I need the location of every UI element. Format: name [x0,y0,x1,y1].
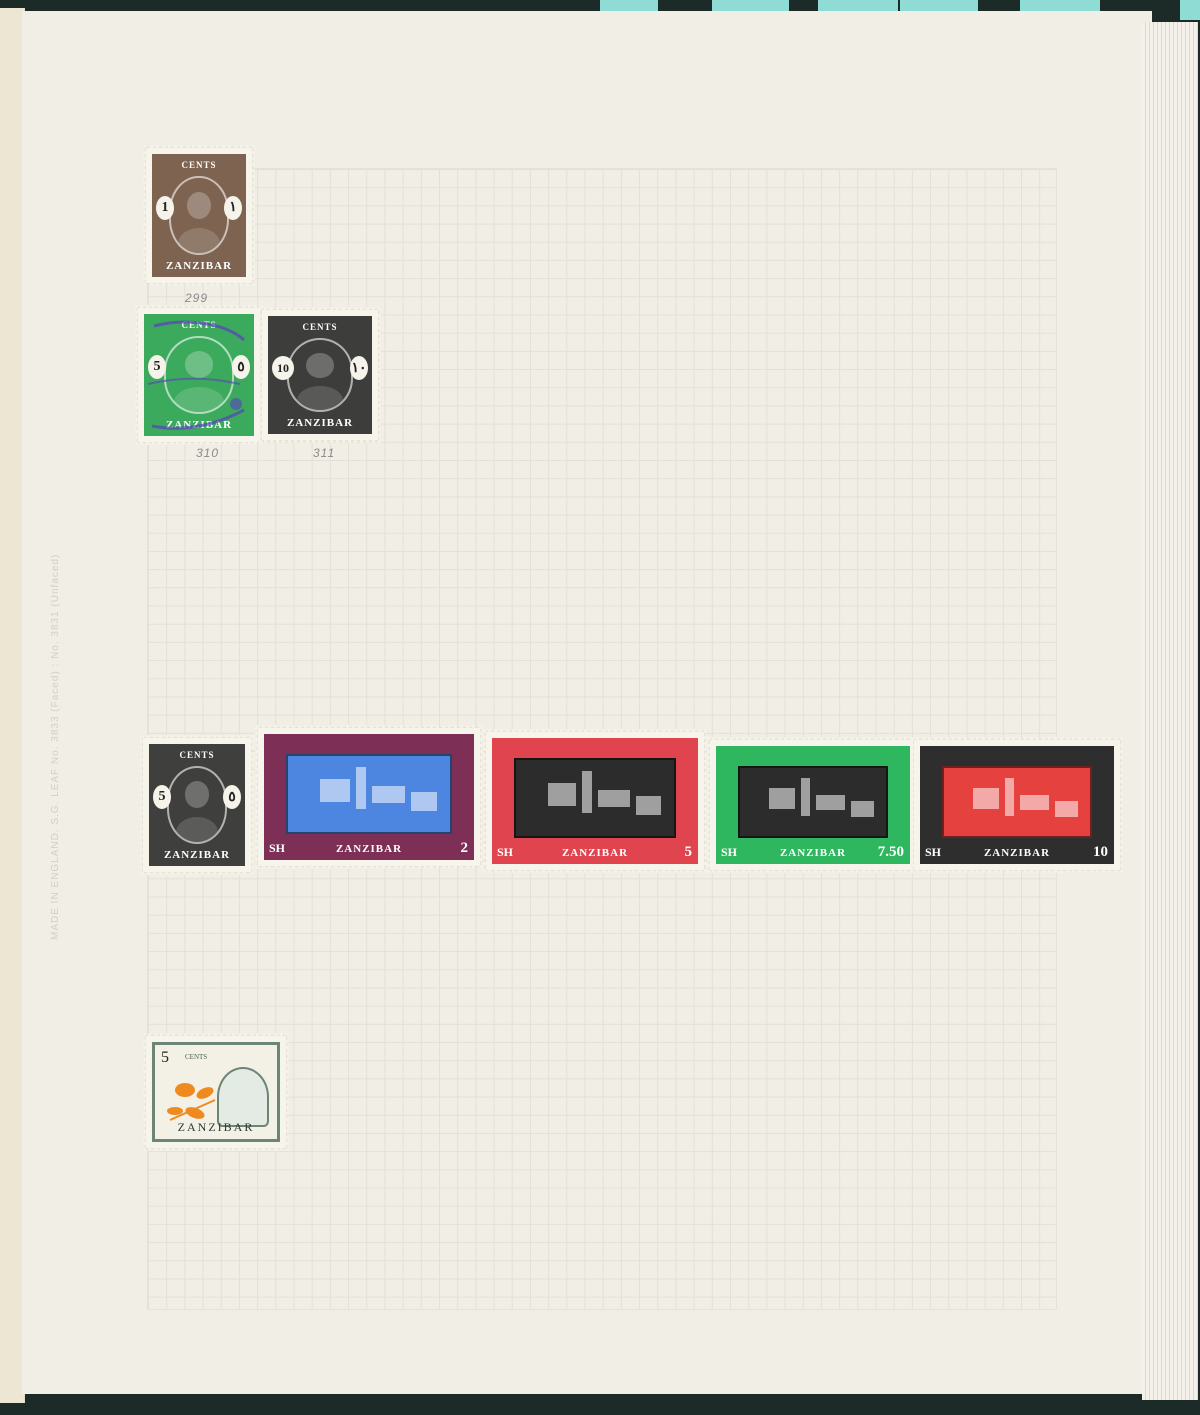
stamp-10sh-black-red: SH ZANZIBAR 10 [914,740,1120,870]
stamp-design: CENTS 1 ١ ZANZIBAR [152,154,246,277]
stamp-unit: SH [497,845,513,860]
stamp-country: ZANZIBAR [774,847,852,859]
stamp-unit: SH [269,841,285,856]
portrait-icon [169,176,228,255]
stamp-design: CENTS 5 ٥ ZANZIBAR [149,744,245,866]
stamp-unit: CENTS [179,750,214,760]
stamp-value-arabic: ٥ [223,785,241,809]
index-tab [1180,0,1200,20]
stamp-country: ZANZIBAR [978,847,1056,859]
stamp-value-arabic: ١ [224,196,242,220]
stamp-value: 2 [461,840,469,857]
album-cover-bottom [0,1393,1200,1415]
school-building-icon [286,754,452,834]
stamp-value: 10 [272,356,294,380]
stamp-unit: CENTS [185,1053,207,1061]
stamp-5c-green: CENTS 5 ٥ ZANZIBAR [138,308,260,442]
portrait-icon [217,1067,269,1127]
stamp-value: 1 [156,196,174,220]
stamp-design: SH ZANZIBAR 7.50 [716,746,910,864]
stamp-value: 5 [161,1049,169,1067]
postmark-cancel-icon [144,314,254,436]
stamp-5c-cloves: 5 CENTS ZANZIBAR [146,1036,286,1148]
stamp-5sh-red-black: SH ZANZIBAR 5 [486,732,704,870]
stamp-design: CENTS 10 ١٠ ZANZIBAR [268,316,372,434]
stamp-design: 5 CENTS ZANZIBAR [152,1042,280,1142]
stamp-1c-brown: CENTS 1 ١ ZANZIBAR [146,148,252,283]
stamp-country: ZANZIBAR [155,1120,277,1135]
school-building-icon [514,758,676,838]
portrait-icon [287,338,352,412]
clove-plant-icon [165,1075,225,1125]
stamp-10c-black: CENTS 10 ١٠ ZANZIBAR [262,310,378,440]
stamp-unit: SH [925,845,941,860]
stamp-country: ZANZIBAR [327,843,411,855]
stamp-value-arabic: ١٠ [350,356,368,380]
stamp-value: 10 [1093,844,1108,861]
stamp-design: SH ZANZIBAR 5 [492,738,698,864]
stamp-country: ZANZIBAR [158,848,236,862]
stamp-5c-black: CENTS 5 ٥ ZANZIBAR [143,738,251,872]
catalog-number: 311 [313,446,335,460]
catalog-number: 299 [185,291,208,305]
stamp-country: ZANZIBAR [281,416,359,430]
stamp-value: 5 [685,844,693,861]
stamp-value: 7.50 [878,844,904,861]
stamp-design: SH ZANZIBAR 10 [920,746,1114,864]
stamp-country: ZANZIBAR [554,847,636,859]
school-building-icon [738,766,888,838]
stamp-design: CENTS 5 ٥ ZANZIBAR [144,314,254,436]
catalog-number: 310 [196,446,219,460]
stamp-unit: CENTS [181,160,216,170]
leaf-imprint: MADE IN ENGLAND. S.G. LEAF No. 3833 (Fac… [50,554,61,940]
stamp-7-50sh-green-black: SH ZANZIBAR 7.50 [710,740,916,870]
stamp-country: ZANZIBAR [160,259,238,273]
page-stack-edge [1142,22,1198,1400]
portrait-icon [167,766,227,844]
stamp-design: SH ZANZIBAR 2 [264,734,474,860]
school-building-icon [942,766,1092,838]
stamp-unit: SH [721,845,737,860]
stamp-unit: CENTS [302,322,337,332]
stamp-2sh-purple-blue: SH ZANZIBAR 2 [258,728,480,866]
